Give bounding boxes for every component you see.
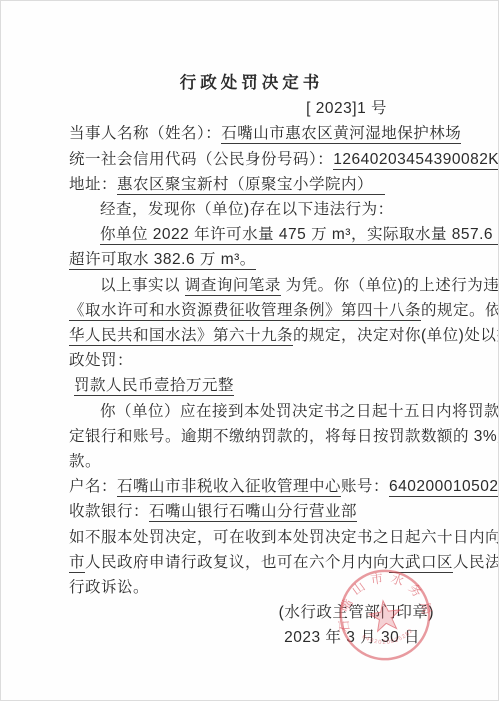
violation-line-1: 你单位 2022 年许可水量 475 万 m³，实际取水量 857.6 万 m³… <box>69 222 434 247</box>
party-value: 石嘴山市惠农区黄河湿地保护林场 <box>221 125 461 144</box>
bank-value: 石嘴山银行石嘴山分行营业部 <box>149 503 357 522</box>
credit-code-value: 12640203454390082K <box>333 151 499 170</box>
evidence-pre: 以上事实以 <box>100 277 185 294</box>
penalty-line: 罚款人民币壹拾万元整 <box>69 373 434 398</box>
document-page: 行政处罚决定书 [ 2023]1 号 当事人名称（姓名）：石嘴山市惠农区黄河湿地… <box>0 0 499 701</box>
violation-line-2: 超许可取水 382.6 万 m³。 <box>69 247 434 272</box>
penalty-amount: 罚款人民币壹拾万元整 <box>74 377 234 396</box>
payment-line-2: 定银行和账号。逾期不缴纳罚款的，将每日按罚款数额的 3%加处罚 <box>69 424 434 449</box>
credit-code-label: 统一社会信用代码（公民身份号码）： <box>69 151 333 168</box>
party-label: 当事人名称（姓名）： <box>69 125 221 142</box>
address-line: 地址：惠农区聚宝新村（原聚宝小学院内） <box>69 172 434 197</box>
date-line: 2023 年 3 月 30 日 <box>69 625 434 650</box>
doc-number: [ 2023]1 号 <box>69 96 434 121</box>
violation-text-2: 超许可取水 382.6 万 m³。 <box>69 251 256 270</box>
appeal2-city-cont: 市 <box>69 554 85 573</box>
address-label: 地址： <box>69 176 117 193</box>
document-body: 行政处罚决定书 [ 2023]1 号 当事人名称（姓名）：石嘴山市惠农区黄河湿地… <box>69 71 434 651</box>
appeal1-pre: 如不服本处罚决定，可在收到本处罚决定书之日起六十日内向 <box>69 529 499 546</box>
legal1-mid: 的规定。依据 <box>421 302 499 319</box>
finding-intro-line: 经查，发现你（单位)存在以下违法行为： <box>69 197 434 222</box>
account-name-label: 户名： <box>69 478 117 495</box>
appeal-line-3: 行政诉讼。 <box>69 575 434 600</box>
bank-line: 收款银行：石嘴山银行石嘴山分行营业部 <box>69 499 434 524</box>
appeal2-mid: 人民政府申请行政复议，也可在六个月内向 <box>85 554 389 571</box>
legal1-regulation: 《取水许可和水资源费征收管理条例》第四十八条 <box>69 302 421 321</box>
payment-line-1: 你（单位）应在接到本处罚决定书之日起十五日内将罚款缴至指 <box>69 399 434 424</box>
account-line: 户名：石嘴山市非税收入征收管理中心账号：6402000105023001026 <box>69 474 434 499</box>
account-number-value: 6402000105023001026 <box>389 478 499 497</box>
credit-code-line: 统一社会信用代码（公民身份号码）：12640203454390082K <box>69 147 434 172</box>
appeal-line-2: 市人民政府申请行政复议，也可在六个月内向大武口区人民法院提起 <box>69 550 434 575</box>
account-number-label: 账号： <box>341 478 389 495</box>
appeal2-post: 人民法院提起 <box>453 554 499 571</box>
legal-line-1: 《取水许可和水资源费征收管理条例》第四十八条的规定。依据《中 <box>69 298 434 323</box>
legal-line-2: 华人民共和国水法》第六十九条的规定，决定对你(单位)处以如下行 <box>69 323 434 348</box>
legal2-law: 华人民共和国水法》第六十九条 <box>69 327 293 346</box>
party-line: 当事人名称（姓名）：石嘴山市惠农区黄河湿地保护林场 <box>69 121 434 146</box>
seal-note-line: (水行政主管部门印章) <box>69 600 434 625</box>
account-name-value: 石嘴山市非税收入征收管理中心 <box>117 478 341 497</box>
legal-line-3: 政处罚： <box>69 348 434 373</box>
address-value: 惠农区聚宝新村（原聚宝小学院内） <box>117 176 385 195</box>
evidence-underlined: 调查询问笔录 <box>185 277 281 296</box>
legal2-post: 的规定，决定对你(单位)处以如下行 <box>293 327 499 344</box>
evidence-post: 为凭。你（单位)的上述行为违反了 <box>281 277 499 294</box>
page-title: 行政处罚决定书 <box>69 71 434 96</box>
appeal2-district: 大武口区 <box>389 554 453 573</box>
payment-line-3: 款。 <box>69 449 434 474</box>
violation-text-1: 你单位 2022 年许可水量 475 万 m³，实际取水量 857.6 万 m³… <box>100 226 499 245</box>
evidence-line: 以上事实以 调查询问笔录 为凭。你（单位)的上述行为违反了 <box>69 273 434 298</box>
appeal-line-1: 如不服本处罚决定，可在收到本处罚决定书之日起六十日内向石嘴山 <box>69 525 434 550</box>
bank-label: 收款银行： <box>69 503 149 520</box>
